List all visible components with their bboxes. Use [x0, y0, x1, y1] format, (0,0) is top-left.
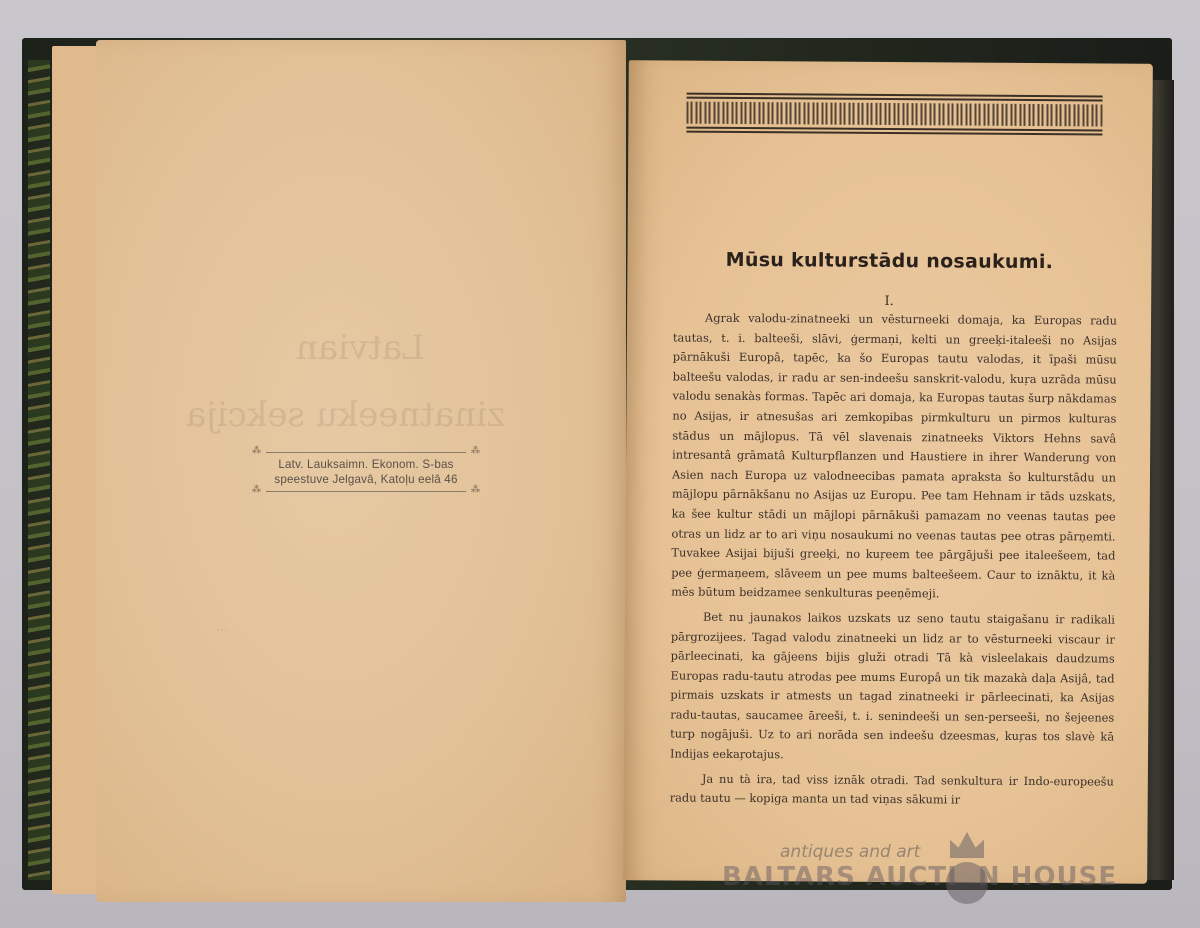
- stamp-line-2: speestuve Jelgavâ, Katoļu eelâ 46: [256, 472, 476, 487]
- right-page: Mūsu kulturstādu nosaukumi. I. Agrak val…: [623, 60, 1153, 884]
- border-line: [687, 97, 1103, 102]
- marbled-cover-edge: [28, 60, 50, 880]
- stamp-top-rule: ⁂ ⁂: [266, 452, 466, 453]
- flourish-icon: ⁂: [252, 485, 261, 495]
- flourish-icon: ⁂: [471, 446, 480, 456]
- show-through-text: zinatneeku sekcija: [186, 395, 505, 435]
- stamp-text: Latv. Lauksaimn. Ekonom. S-bas speestuve…: [256, 453, 476, 491]
- paragraph: Bet nu jaunakos laikos uzskats uz seno t…: [670, 607, 1115, 767]
- printer-stamp: ⁂ ⁂ Latv. Lauksaimn. Ekonom. S-bas spees…: [256, 452, 476, 492]
- body-text: Agrak valodu-zinatneeki un vēsturneeki d…: [670, 308, 1118, 816]
- stamp-line-1: Latv. Lauksaimn. Ekonom. S-bas: [256, 457, 476, 472]
- paragraph: Ja nu tà ira, tad viss iznāk otradi. Tad…: [670, 769, 1114, 811]
- show-through-text: Latvian: [296, 328, 425, 368]
- paragraph: Agrak valodu-zinatneeki un vēsturneeki d…: [671, 308, 1117, 605]
- stamp-bottom-rule: ⁂ ⁂: [266, 491, 466, 492]
- flourish-icon: ⁂: [471, 485, 480, 495]
- chapter-title: Mūsu kulturstādu nosaukumi.: [627, 248, 1151, 274]
- flourish-icon: ⁂: [252, 446, 261, 456]
- decorative-border-icon: [686, 91, 1102, 136]
- meander-band: [686, 102, 1102, 127]
- left-page: Latvian zinatneeku sekcija ... ⁂ ⁂ Latv.…: [96, 40, 626, 902]
- border-line: [686, 131, 1102, 136]
- show-through-text: ...: [216, 620, 228, 635]
